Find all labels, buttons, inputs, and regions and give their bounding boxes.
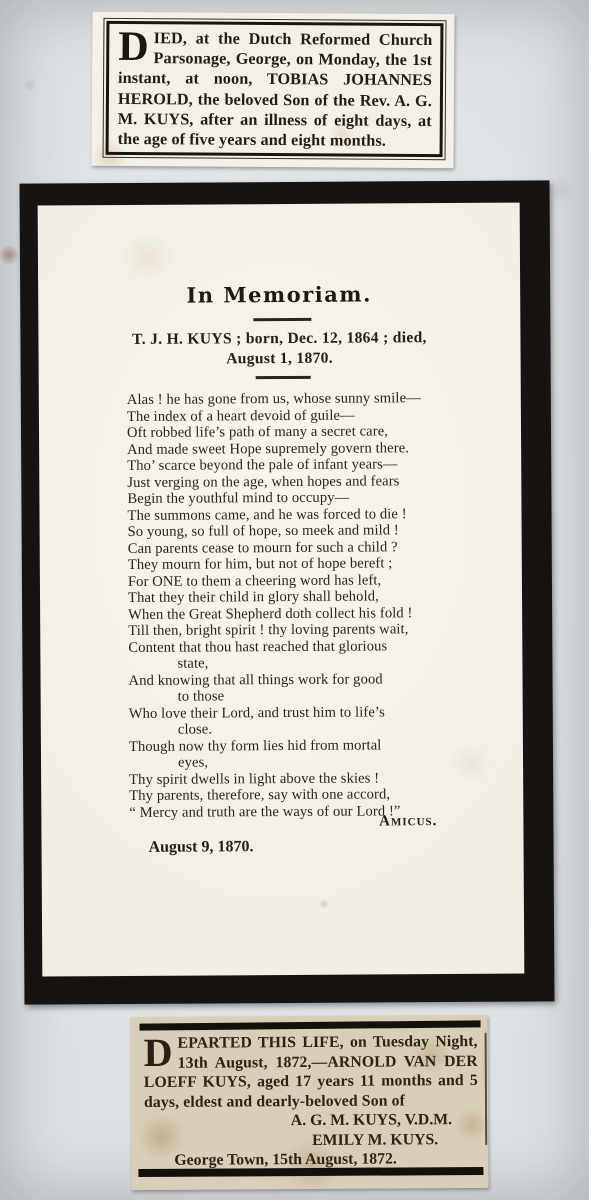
poem-line: Thy spirit dwells in light above the ski… [129, 770, 423, 788]
card-date: August 9, 1870. [149, 838, 254, 857]
poem-line: Begin the youthful mind to occupy— [127, 489, 421, 507]
poem-line: Alas ! he has gone from us, whose sunny … [127, 390, 421, 408]
poem-line: So young, so full of hope, so meek and m… [128, 522, 422, 540]
poem-line: Tho’ scarce beyond the pale of infant ye… [127, 456, 421, 474]
poem-line-continuation: eyes, [129, 753, 423, 771]
parent-name-father: A. G. M. KUYS, V.D.M. [144, 1110, 478, 1131]
poem-line: Thy parents, therefore, say with one acc… [129, 786, 423, 804]
album-page: D IED, at the Dutch Reformed Church Pars… [0, 0, 589, 1200]
poem-line-continuation: state, [128, 654, 422, 672]
in-memoriam-title: In Memoriam. [38, 281, 520, 309]
top-rule-bar [140, 1020, 481, 1030]
subject-name-dates: T. J. H. KUYS ; born, Dec. 12, 1864 ; di… [38, 329, 520, 350]
bottom-rule-bar [138, 1167, 483, 1177]
poem-line: Content that thou hast reached that glor… [128, 638, 422, 656]
poem-line: The index of a heart devoid of guile— [127, 407, 421, 425]
poem-line: The summons came, and he was forced to d… [127, 506, 421, 524]
memorial-card: In Memoriam. T. J. H. KUYS ; born, Dec. … [38, 203, 525, 977]
poem-line: Till then, bright spirit ! thy loving pa… [128, 621, 422, 639]
parent-name-mother: EMILY M. KUYS. [144, 1130, 478, 1151]
poem-line: Though now thy form lies hid from mortal [129, 737, 423, 755]
poem-line-continuation: close. [129, 720, 423, 738]
poem-line: Can parents cease to mourn for such a ch… [128, 539, 422, 557]
poem-line: Who love their Lord, and trust him to li… [129, 704, 423, 722]
clipping-died-notice: D IED, at the Dutch Reformed Church Pars… [91, 12, 454, 169]
poem-line: Just verging on the age, when hopes and … [127, 473, 421, 491]
title-rule [253, 318, 311, 321]
departed-notice-text: EPARTED THIS LIFE, on Tuesday Night, 13t… [144, 1032, 478, 1112]
amicus-signature: Amicus. [41, 813, 523, 833]
departed-notice-body: D EPARTED THIS LIFE, on Tuesday Night, 1… [144, 1032, 479, 1171]
memorial-poem: Alas ! he has gone from us, whose sunny … [127, 390, 424, 821]
poem-line: And made sweet Hope supremely govern the… [127, 440, 421, 458]
poem-line: For ONE to them a cheering word has left… [128, 572, 422, 590]
died-notice-text: IED, at the Dutch Reformed Church Parson… [118, 28, 433, 151]
poem-line: When the Great Shepherd doth collect his… [128, 605, 422, 623]
clipping-departed-notice: D EPARTED THIS LIFE, on Tuesday Night, 1… [130, 1015, 488, 1190]
departed-drop-cap: D [144, 1034, 178, 1069]
poem-line: That they their child in glory shall beh… [128, 588, 422, 606]
clipping-border-frame: D IED, at the Dutch Reformed Church Pars… [106, 21, 444, 157]
newspaper-column-rule [485, 1033, 488, 1145]
died-drop-cap: D [118, 28, 154, 64]
poem-line: And knowing that all things work for goo… [128, 671, 422, 689]
poem-line: They mourn for him, but not of hope bere… [128, 555, 422, 573]
subject-death-date: August 1, 1870. [39, 349, 521, 370]
poem-line: Oft robbed life’s path of many a secret … [127, 423, 421, 441]
memorial-card-mat: In Memoriam. T. J. H. KUYS ; born, Dec. … [19, 180, 554, 1004]
subject-rule [256, 376, 311, 379]
poem-line-continuation: to those [129, 687, 423, 705]
